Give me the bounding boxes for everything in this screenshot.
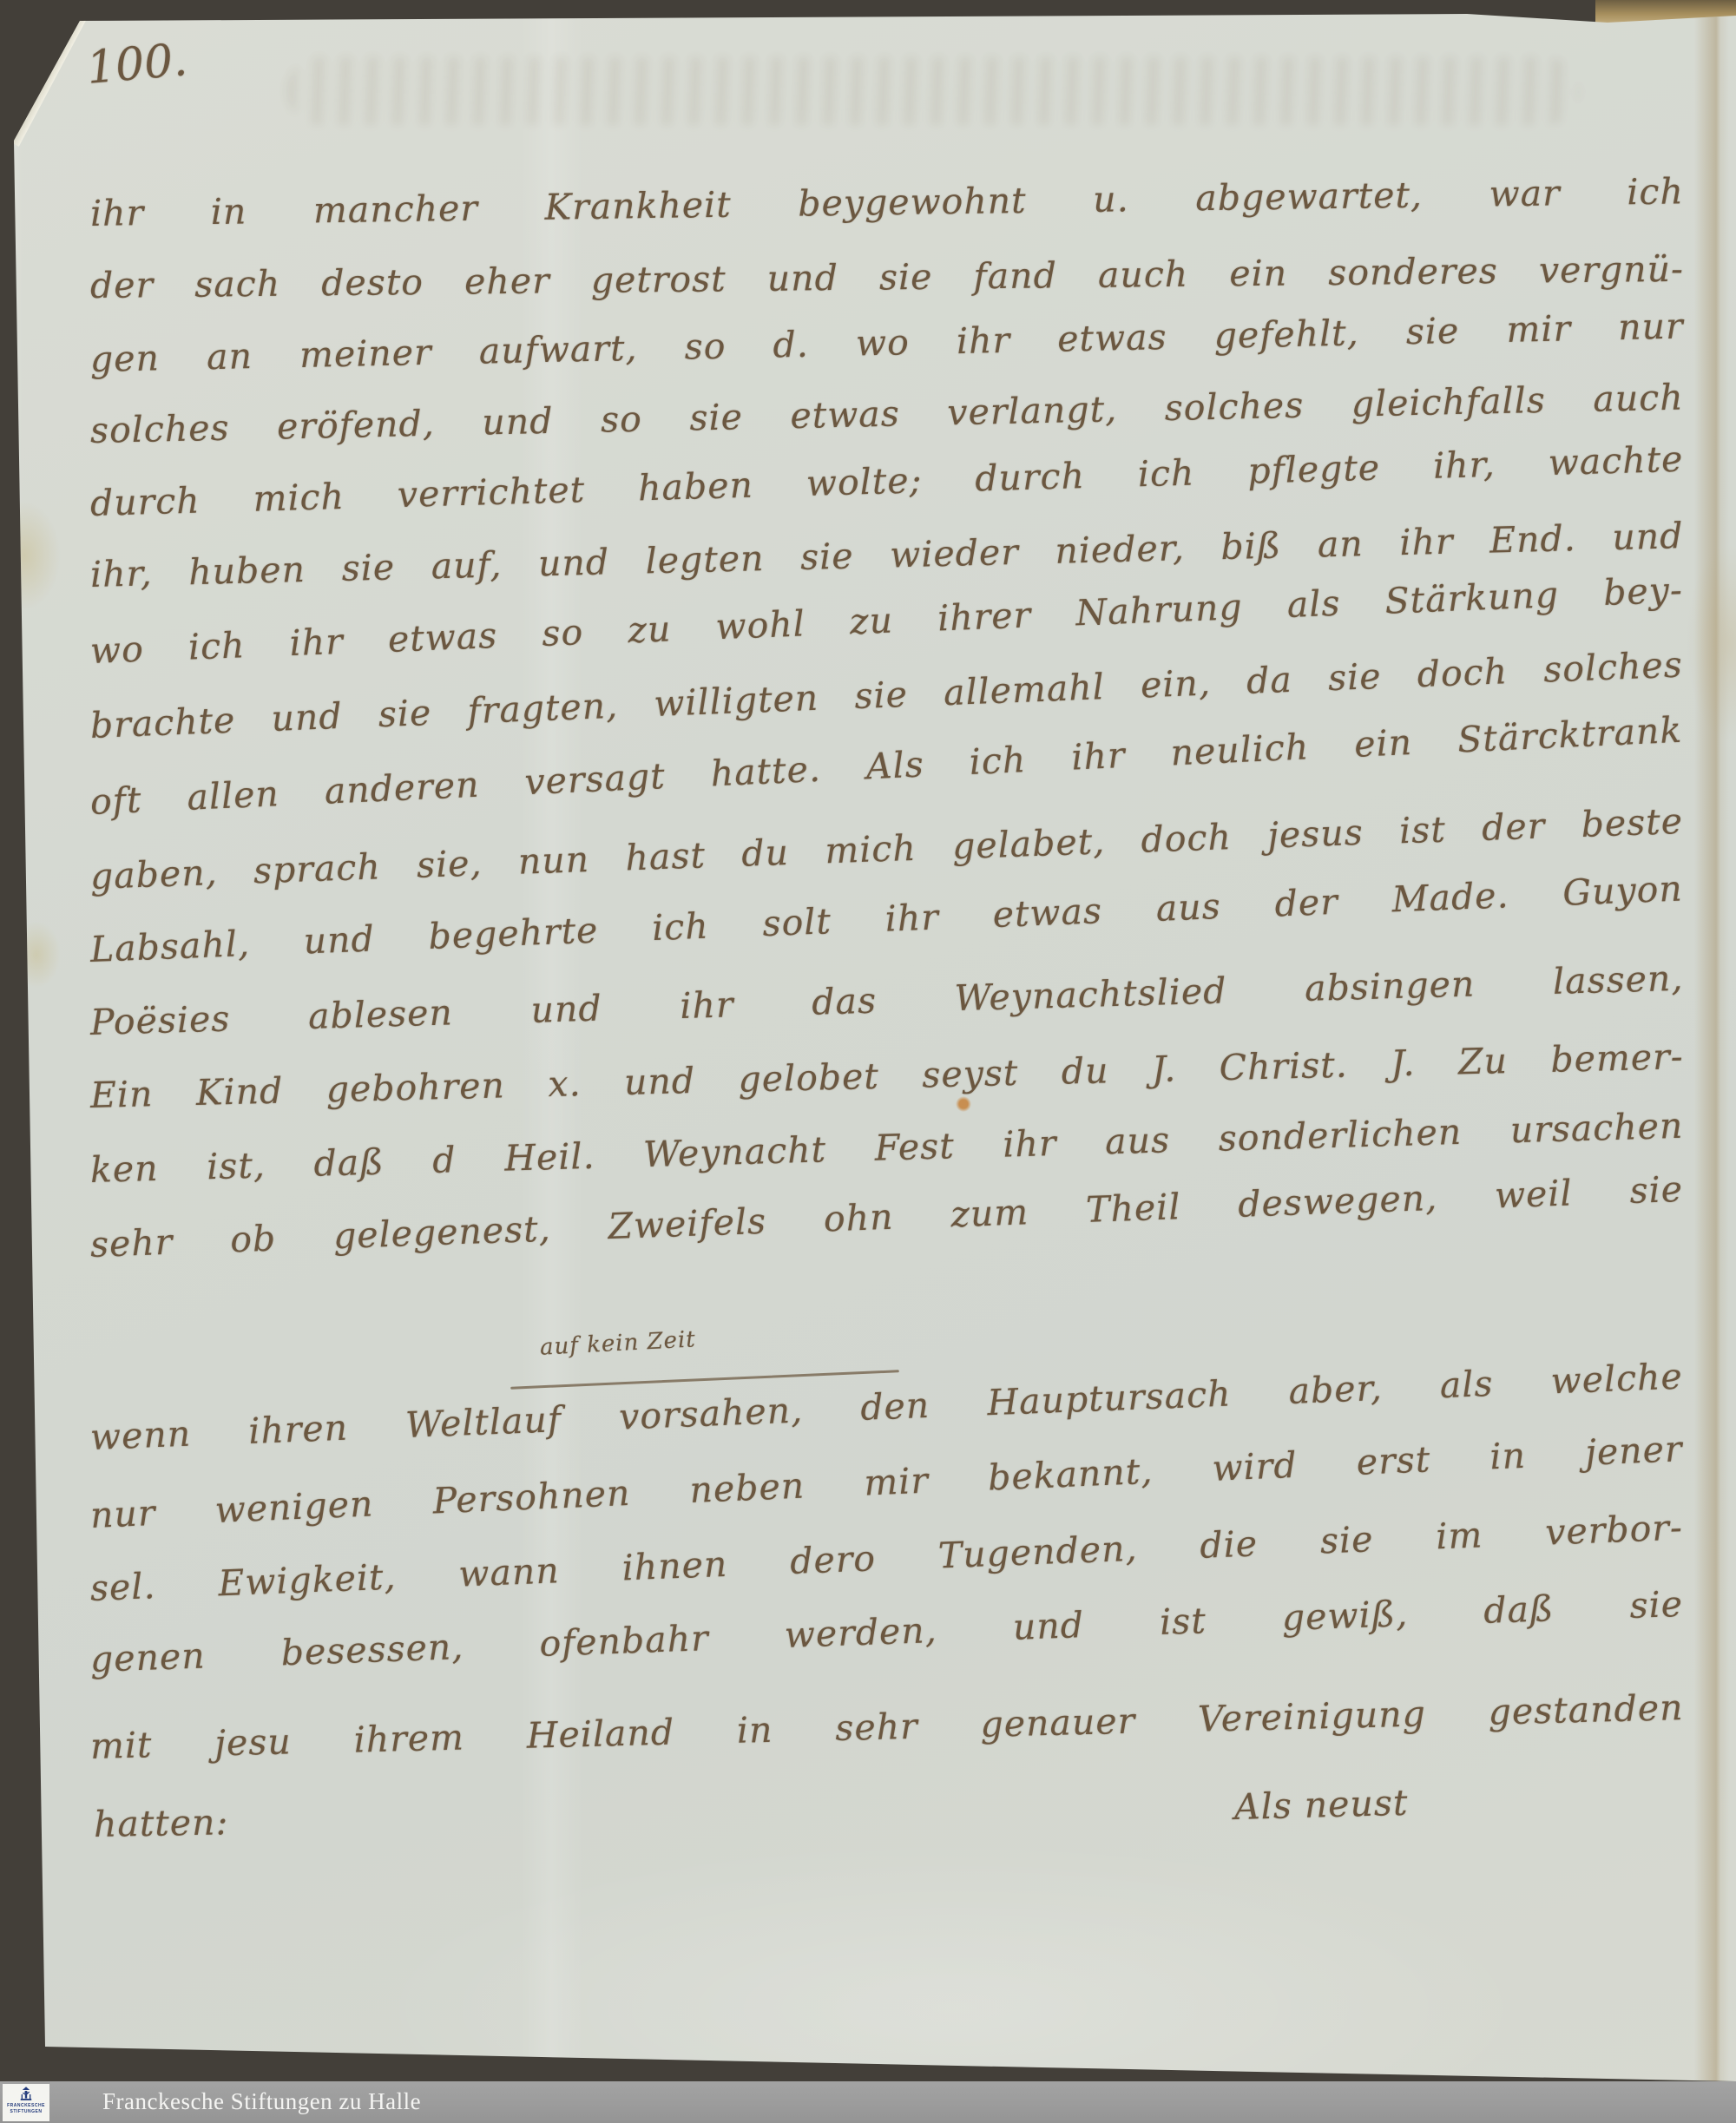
institution-name: Franckesche Stiftungen zu Halle xyxy=(102,2089,421,2115)
catchword: Als neust xyxy=(1233,1782,1409,1829)
manuscript-line: der sach desto eher getrost und sie fand… xyxy=(90,248,1684,307)
manuscript-line: solches eröfend, und so sie etwas verlan… xyxy=(89,377,1684,452)
manuscript-page: 100. ihr in mancher Krankheit beygewohnt… xyxy=(0,0,1736,2092)
folded-corner xyxy=(9,14,86,147)
manuscript-line: Ein Kind gebohren x. und gelobet seyst d… xyxy=(89,1035,1684,1116)
manuscript-line: mit jesu ihrem Heiland in sehr genauer V… xyxy=(89,1686,1684,1767)
logo-wordmark: FRANCKESCHE STIFTUNGEN xyxy=(7,2103,45,2114)
manuscript-line: Poësies ablesen und ihr das Weynachtslie… xyxy=(89,957,1684,1044)
ink-bleed-through xyxy=(286,57,1580,125)
attribution-bar: FRANCKESCHE STIFTUNGEN Franckesche Stift… xyxy=(0,2081,1736,2123)
manuscript-line: ihr in mancher Krankheit beygewohnt u. a… xyxy=(90,170,1684,234)
folio-number: 100. xyxy=(85,36,189,94)
manuscript-line: durch mich verrichtet haben wolte; durch… xyxy=(89,438,1684,525)
franckesche-eagle-icon xyxy=(17,2086,35,2103)
closing-word: hatten: xyxy=(94,1801,229,1845)
insertion-underline xyxy=(510,1370,899,1390)
manuscript-line: gen an meiner aufwart, so d. wo ihr etwa… xyxy=(89,306,1684,381)
institution-logo: FRANCKESCHE STIFTUNGEN xyxy=(3,2084,49,2121)
interlinear-insertion: auf kein Zeit xyxy=(539,1327,696,1360)
